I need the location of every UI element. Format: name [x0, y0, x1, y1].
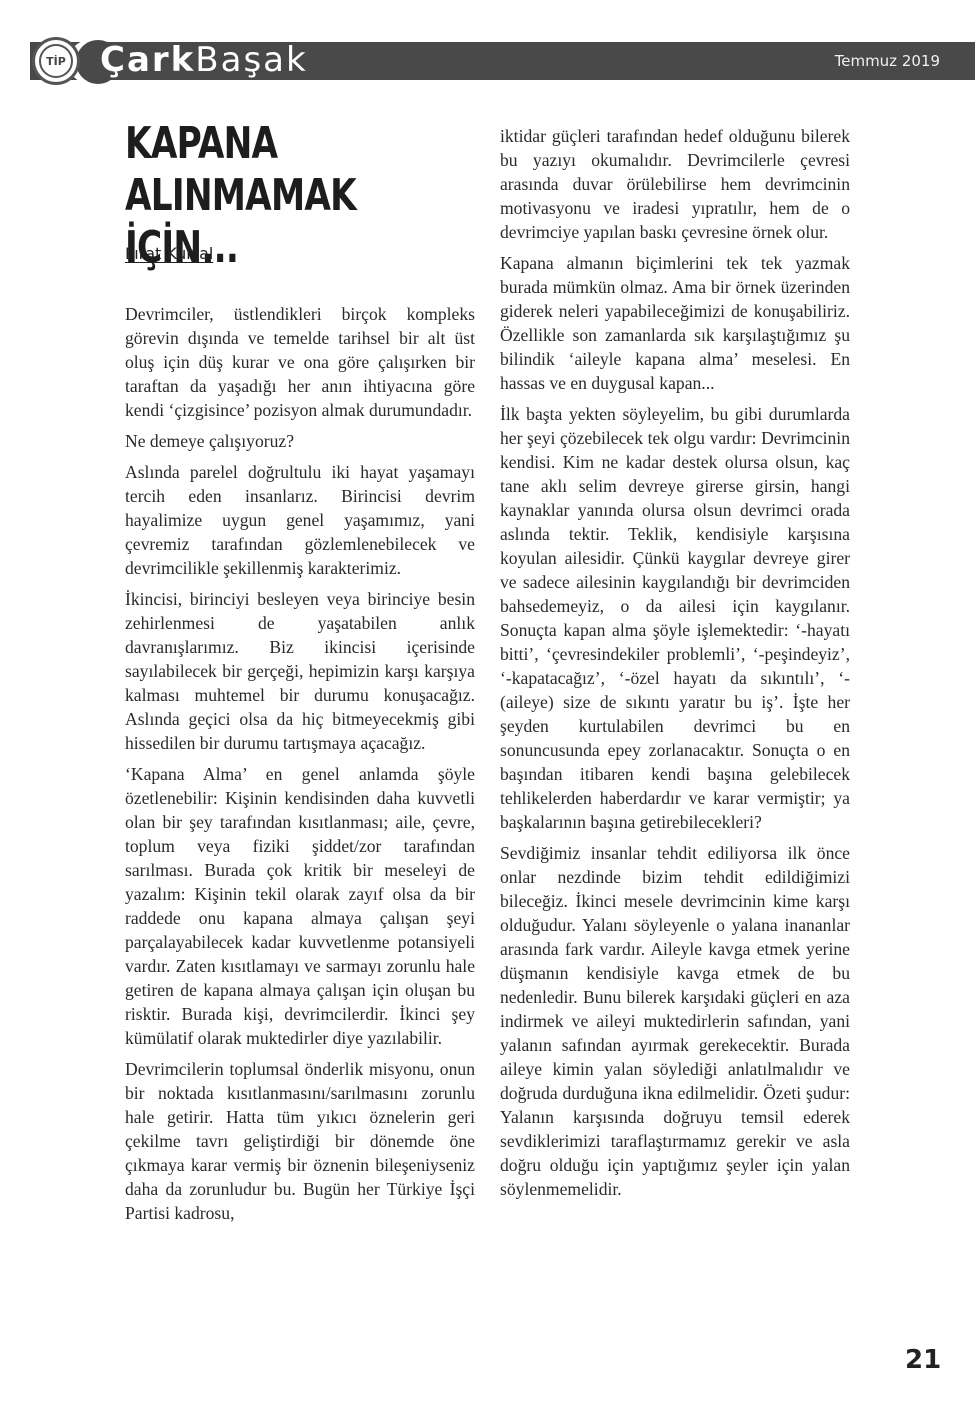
paragraph: ‘Kapana Alma’ en genel anlamda şöyle öze…: [125, 762, 475, 1050]
paragraph: Aslında parelel doğrultulu iki hayat yaş…: [125, 460, 475, 580]
article-title-line-1: KAPANA ALINMAMAK: [125, 118, 468, 222]
issue-date: Temmuz 2019: [835, 42, 940, 80]
article-column-left: Devrimciler, üstlendikleri birçok komple…: [125, 302, 475, 1232]
paragraph: İlk başta yekten söyleyelim, bu gibi dur…: [500, 402, 850, 834]
party-logo: TİP: [30, 36, 90, 86]
paragraph: iktidar güçleri tarafından hedef olduğun…: [500, 124, 850, 244]
page-number: 21: [905, 1345, 941, 1375]
paragraph: İkincisi, birinciyi besleyen veya birinc…: [125, 587, 475, 755]
logo-text: TİP: [39, 44, 73, 78]
paragraph: Devrimcilerin toplumsal önderlik misyonu…: [125, 1057, 475, 1225]
brand-part-basak: Başak: [195, 40, 307, 80]
article-column-right: iktidar güçleri tarafından hedef olduğun…: [500, 124, 850, 1208]
paragraph: Sevdiğimiz insanlar tehdit ediliyorsa il…: [500, 841, 850, 1201]
brand-part-cark: Çark: [100, 40, 195, 80]
paragraph: Kapana almanın biçimlerini tek tek yazma…: [500, 251, 850, 395]
publication-name: ÇarkBaşak: [100, 37, 308, 83]
paragraph: Ne demeye çalışıyoruz?: [125, 429, 475, 453]
paragraph: Devrimciler, üstlendikleri birçok komple…: [125, 302, 475, 422]
article-author: Fırat Kurtal: [125, 244, 213, 263]
